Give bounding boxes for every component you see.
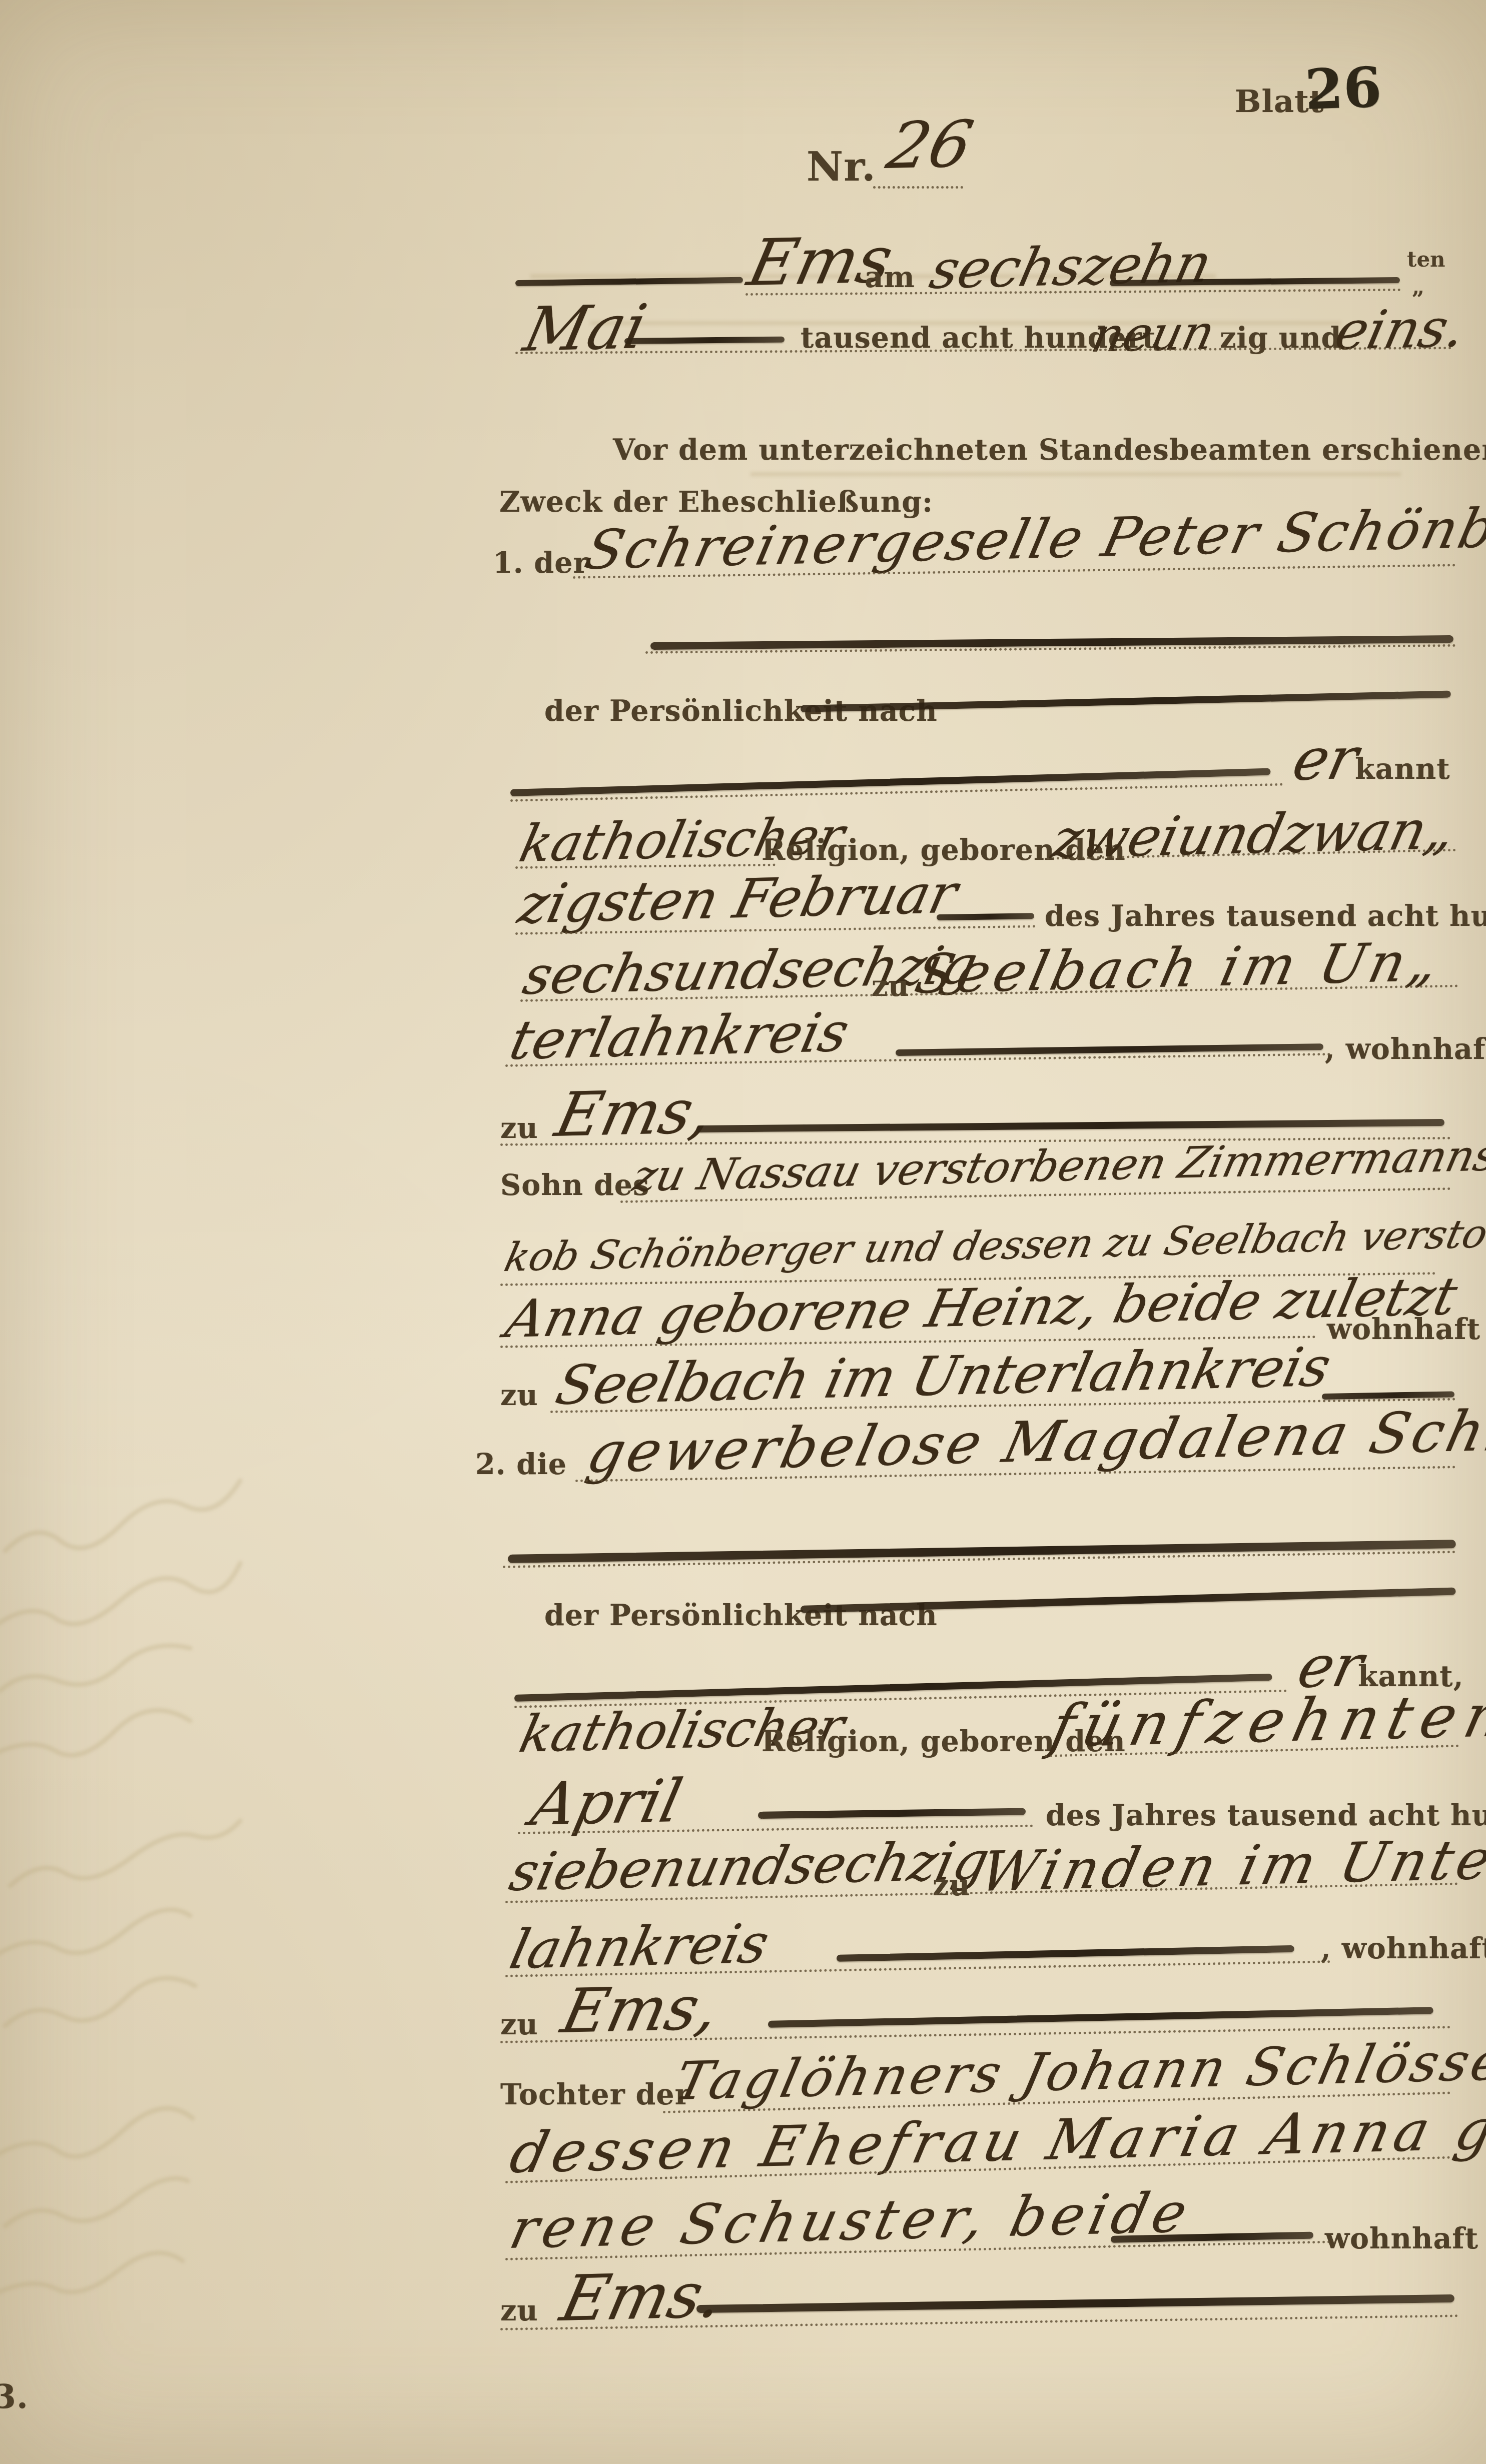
ink-filled-blank	[624, 337, 785, 344]
bleedthrough-streak	[751, 472, 1401, 476]
printed-wohnhaft1-groom: , wohnhaft	[1325, 1032, 1486, 1066]
record-number-entry: 26	[881, 107, 979, 184]
groom-item-number: 1. der	[493, 546, 589, 580]
groom-birthplace-part1: Seelbach im Un„	[910, 931, 1448, 1006]
printed-wohnhaft2-bride: wohnhaft	[1325, 2222, 1478, 2255]
printed-am: am	[865, 260, 915, 294]
ink-filled-blank	[837, 1945, 1294, 1962]
ink-filled-blank	[696, 1119, 1444, 1132]
bride-birthyear-entry: siebenundsechzig	[504, 1830, 995, 1903]
registry-document-page: { "header": { "sheet_label": "Blatt", "s…	[0, 0, 1486, 2464]
dotted-baseline	[873, 186, 963, 189]
groom-birthday-part1: zweiundzwan„	[1047, 799, 1461, 871]
corner-form-mark: 3.	[0, 2377, 29, 2416]
bride-birthmonth-entry: April	[525, 1766, 688, 1839]
bride-parents-line3: rene Schuster, beide	[504, 2180, 1198, 2261]
intro-line-1: Vor dem unterzeichneten Standesbeamten e…	[613, 433, 1486, 467]
month-entry: Mai	[518, 291, 653, 365]
record-number-label: Nr.	[807, 143, 876, 190]
bride-item-number: 2. die	[475, 1448, 567, 1481]
printed-jahres-groom: des Jahres tausend acht hundert	[1045, 899, 1486, 933]
groom-residence-entry: Ems,	[549, 1076, 719, 1150]
sheet-number-stamp: 26	[1304, 55, 1382, 122]
year-tens-entry: neun	[1087, 305, 1220, 363]
bride-residence-entry: Ems,	[555, 1972, 725, 2047]
bride-parents-residence: Ems.	[554, 2258, 730, 2335]
printed-zu-parents-bride: zu	[500, 2294, 538, 2327]
ink-filled-blank	[937, 913, 1034, 920]
bleedthrough-ghost-writing	[0, 1476, 250, 2351]
printed-tochter-der: Tochter der	[500, 2078, 690, 2111]
printed-zu-parents-groom: zu	[500, 1379, 538, 1412]
persoenlichkeit-label-groom: der Persönlichkeit nach	[544, 694, 938, 728]
bride-parents-line1: Taglöhners Johann Schlösser und	[669, 2027, 1486, 2112]
printed-zu-birth-groom: zu	[872, 969, 910, 1003]
printed-sohn-des: Sohn des	[500, 1168, 649, 1202]
printed-jahres-bride: des Jahres tausend acht hundert	[1046, 1799, 1486, 1832]
ordinal-hyphen-mark: „	[1412, 274, 1424, 300]
recognition-er-groom: er	[1287, 725, 1364, 794]
ink-filled-blank	[696, 2294, 1454, 2313]
printed-wohnhaft1-bride: , wohnhaft	[1321, 1932, 1486, 1965]
ink-filled-blank	[758, 1808, 1026, 1819]
printed-zu-residence-bride: zu	[500, 2008, 538, 2041]
ordinal-suffix: ten	[1407, 247, 1445, 272]
printed-zu-birth-bride: zu	[933, 1869, 971, 1902]
printed-zu-residence-groom: zu	[500, 1111, 538, 1145]
ink-filled-blank	[768, 2007, 1433, 2028]
groom-birthday-part2: zigsten Februar	[513, 863, 963, 936]
year-ones-entry: eins.	[1330, 297, 1471, 362]
printed-wohnhaft2-groom: wohnhaft	[1327, 1313, 1480, 1346]
bride-birthday-entry: fünfzehnten	[1045, 1681, 1486, 1761]
recognition-kannt-groom: kannt	[1355, 752, 1450, 786]
